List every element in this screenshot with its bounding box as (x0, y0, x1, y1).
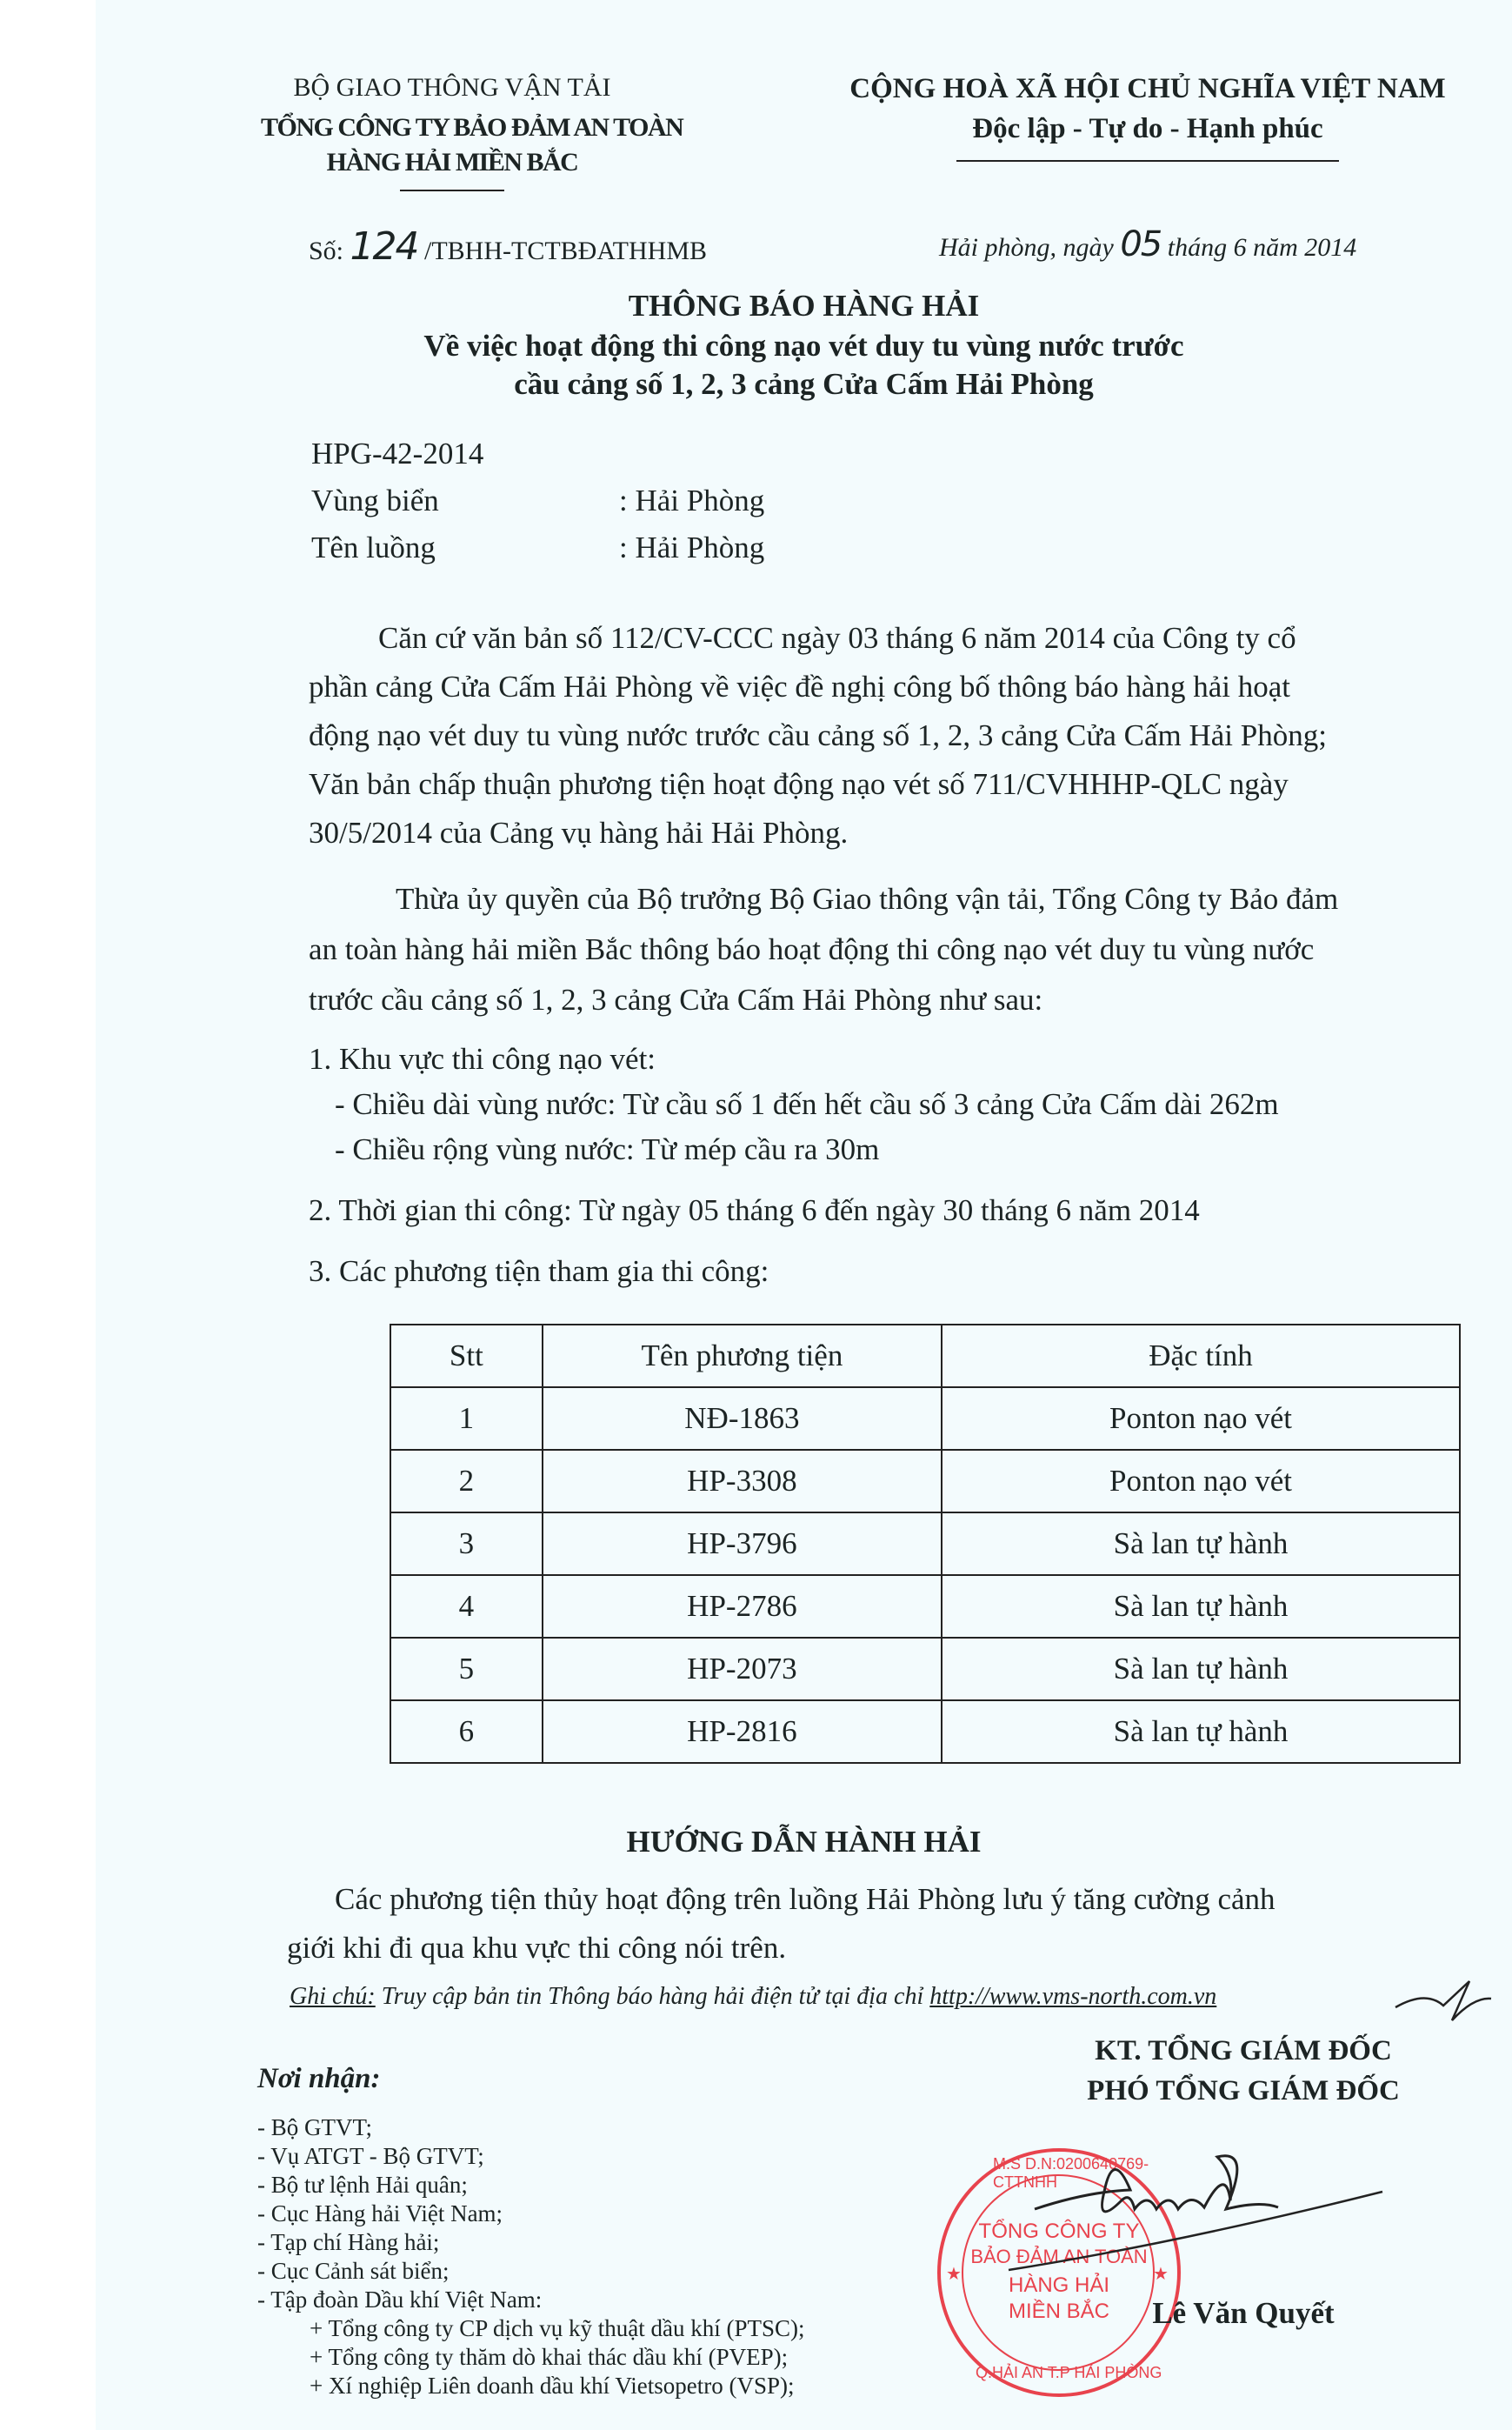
para2-line: an toàn hàng hải miền Bắc thông báo hoạt… (309, 932, 1314, 967)
document-subtitle-line2: cầu cảng số 1, 2, 3 cảng Cửa Cấm Hải Phò… (96, 367, 1512, 402)
para1-line: Căn cứ văn bản số 112/CV-CCC ngày 03 thá… (378, 621, 1296, 656)
date-suffix: tháng 6 năm 2014 (1168, 233, 1357, 262)
recipient-sub-item: + Xí nghiệp Liên doanh dầu khí Vietsopet… (257, 2372, 804, 2400)
recipient-item: - Vụ ATGT - Bộ GTVT; (257, 2142, 804, 2171)
cell-index: 1 (390, 1387, 543, 1450)
agency-underline (400, 190, 504, 191)
cell-type: Ponton nạo vét (942, 1450, 1460, 1512)
ministry-name: BỘ GIAO THÔNG VẬN TẢI (287, 73, 617, 103)
document-number: Số: 124 /TBHH-TCTBĐATHHMB (309, 224, 707, 269)
cell-index: 5 (390, 1638, 543, 1700)
para1-line: động nạo vét duy tu vùng nước trước cầu … (309, 718, 1327, 753)
recipient-item: - Cục Hàng hải Việt Nam; (257, 2200, 804, 2228)
country-name: CỘNG HOÀ XÃ HỘI CHỦ NGHĨA VIỆT NAM (826, 73, 1469, 105)
cell-type: Sà lan tự hành (942, 1700, 1460, 1763)
cell-type: Sà lan tự hành (942, 1512, 1460, 1575)
star-icon: ★ (946, 2263, 962, 2285)
work-area-width: - Chiều rộng vùng nước: Từ mép cầu ra 30… (335, 1132, 879, 1167)
note-label: Ghi chú: (290, 1983, 376, 2010)
channel-label: Tên luồng (311, 531, 436, 565)
para2-line: Thừa ủy quyền của Bộ trưởng Bộ Giao thôn… (396, 882, 1338, 917)
recipients-heading: Nơi nhận: (257, 2063, 381, 2095)
number-code: /TBHH-TCTBĐATHHMB (424, 237, 707, 265)
sea-area-value: : Hải Phòng (619, 484, 764, 518)
motto-underline (956, 160, 1339, 162)
note-text: Truy cập bản tin Thông báo hàng hải điện… (376, 1983, 930, 2010)
cell-index: 3 (390, 1512, 543, 1575)
col-header-index: Stt (390, 1325, 543, 1387)
guidance-line: Các phương tiện thủy hoạt động trên luồn… (335, 1882, 1276, 1917)
recipients-list: - Bộ GTVT; - Vụ ATGT - Bộ GTVT; - Bộ tư … (257, 2113, 804, 2400)
number-prefix: Số: (309, 237, 343, 265)
date-prefix: Hải phòng, ngày (939, 233, 1114, 262)
table-row: 2 HP-3308 Ponton nạo vét (390, 1450, 1460, 1512)
vms-north-link[interactable]: http://www.vms-north.com.vn (929, 1983, 1216, 2010)
para2-line: trước cầu cảng số 1, 2, 3 cảng Cửa Cấm H… (309, 983, 1042, 1018)
agency-name-line2: HÀNG HẢI MIỀN BẮC (287, 148, 617, 177)
initials-scribble (1391, 1973, 1495, 2025)
item-vessels: 3. Các phương tiện tham gia thi công: (309, 1254, 769, 1289)
col-header-type: Đặc tính (942, 1325, 1460, 1387)
cell-vessel-name: HP-2073 (543, 1638, 942, 1700)
handwritten-day: 05 (1120, 224, 1161, 264)
recipient-item: - Tạp chí Hàng hải; (257, 2228, 804, 2257)
cell-vessel-name: NĐ-1863 (543, 1387, 942, 1450)
work-area-length: - Chiều dài vùng nước: Từ cầu số 1 đến h… (335, 1087, 1279, 1122)
cell-type: Sà lan tự hành (942, 1638, 1460, 1700)
recipient-item: - Bộ tư lệnh Hải quân; (257, 2171, 804, 2200)
recipient-item: - Tập đoàn Dầu khí Việt Nam: (257, 2286, 804, 2314)
cell-vessel-name: HP-3308 (543, 1450, 942, 1512)
item-work-period: 2. Thời gian thi công: Từ ngày 05 tháng … (309, 1193, 1200, 1228)
table-row: 3 HP-3796 Sà lan tự hành (390, 1512, 1460, 1575)
document-title: THÔNG BÁO HÀNG HẢI (96, 289, 1512, 324)
national-motto: Độc lập - Tự do - Hạnh phúc (826, 113, 1469, 145)
cell-vessel-name: HP-3796 (543, 1512, 942, 1575)
table-row: 4 HP-2786 Sà lan tự hành (390, 1575, 1460, 1638)
table-row: 6 HP-2816 Sà lan tự hành (390, 1700, 1460, 1763)
guidance-line: giới khi đi qua khu vực thi công nói trê… (287, 1931, 786, 1966)
note: Ghi chú: Truy cập bản tin Thông báo hàng… (290, 1983, 1216, 2011)
notice-code: HPG-42-2014 (311, 437, 483, 471)
agency-name-line1: TỔNG CÔNG TY BẢO ĐẢM AN TOÀN (261, 113, 643, 143)
handwritten-number: 124 (350, 224, 418, 269)
recipient-item: - Cục Cảnh sát biển; (257, 2257, 804, 2286)
para1-line: 30/5/2014 của Cảng vụ hàng hải Hải Phòng… (309, 816, 848, 851)
item-work-area: 1. Khu vực thi công nạo vét: (309, 1042, 656, 1077)
recipient-sub-item: + Tổng công ty CP dịch vụ kỹ thuật dầu k… (257, 2314, 804, 2343)
cell-type: Sà lan tự hành (942, 1575, 1460, 1638)
place-and-date: Hải phòng, ngày 05 tháng 6 năm 2014 (939, 224, 1356, 264)
cell-type: Ponton nạo vét (942, 1387, 1460, 1450)
channel-value: : Hải Phòng (619, 531, 764, 565)
stamp-ring-bottom-text: Q.HẢI AN T.P HẢI PHÒNG (976, 2364, 1162, 2382)
guidance-heading: HƯỚNG DẪN HÀNH HẢI (96, 1825, 1512, 1859)
col-header-vessel-name: Tên phương tiện (543, 1325, 942, 1387)
table-row: 5 HP-2073 Sà lan tự hành (390, 1638, 1460, 1700)
table-header-row: Stt Tên phương tiện Đặc tính (390, 1325, 1460, 1387)
signatory-name: Lê Văn Quyết (1087, 2296, 1400, 2331)
recipient-sub-item: + Tổng công ty thăm dò khai thác dầu khí… (257, 2343, 804, 2372)
signature-scribble (1000, 2140, 1400, 2279)
recipient-item: - Bộ GTVT; (257, 2113, 804, 2142)
signatory-title-2: PHÓ TỔNG GIÁM ĐỐC (1000, 2075, 1487, 2107)
para1-line: Văn bản chấp thuận phương tiện hoạt động… (309, 767, 1289, 802)
sea-area-label: Vùng biển (311, 484, 439, 518)
cell-index: 6 (390, 1700, 543, 1763)
table-row: 1 NĐ-1863 Ponton nạo vét (390, 1387, 1460, 1450)
para1-line: phần cảng Cửa Cấm Hải Phòng về việc đề n… (309, 670, 1290, 704)
cell-vessel-name: HP-2786 (543, 1575, 942, 1638)
document-subtitle-line1: Về việc hoạt động thi công nạo vét duy t… (96, 329, 1512, 364)
cell-vessel-name: HP-2816 (543, 1700, 942, 1763)
cell-index: 2 (390, 1450, 543, 1512)
signatory-title-1: KT. TỔNG GIÁM ĐỐC (1000, 2035, 1487, 2067)
cell-index: 4 (390, 1575, 543, 1638)
vessel-table: Stt Tên phương tiện Đặc tính 1 NĐ-1863 P… (390, 1324, 1461, 1764)
